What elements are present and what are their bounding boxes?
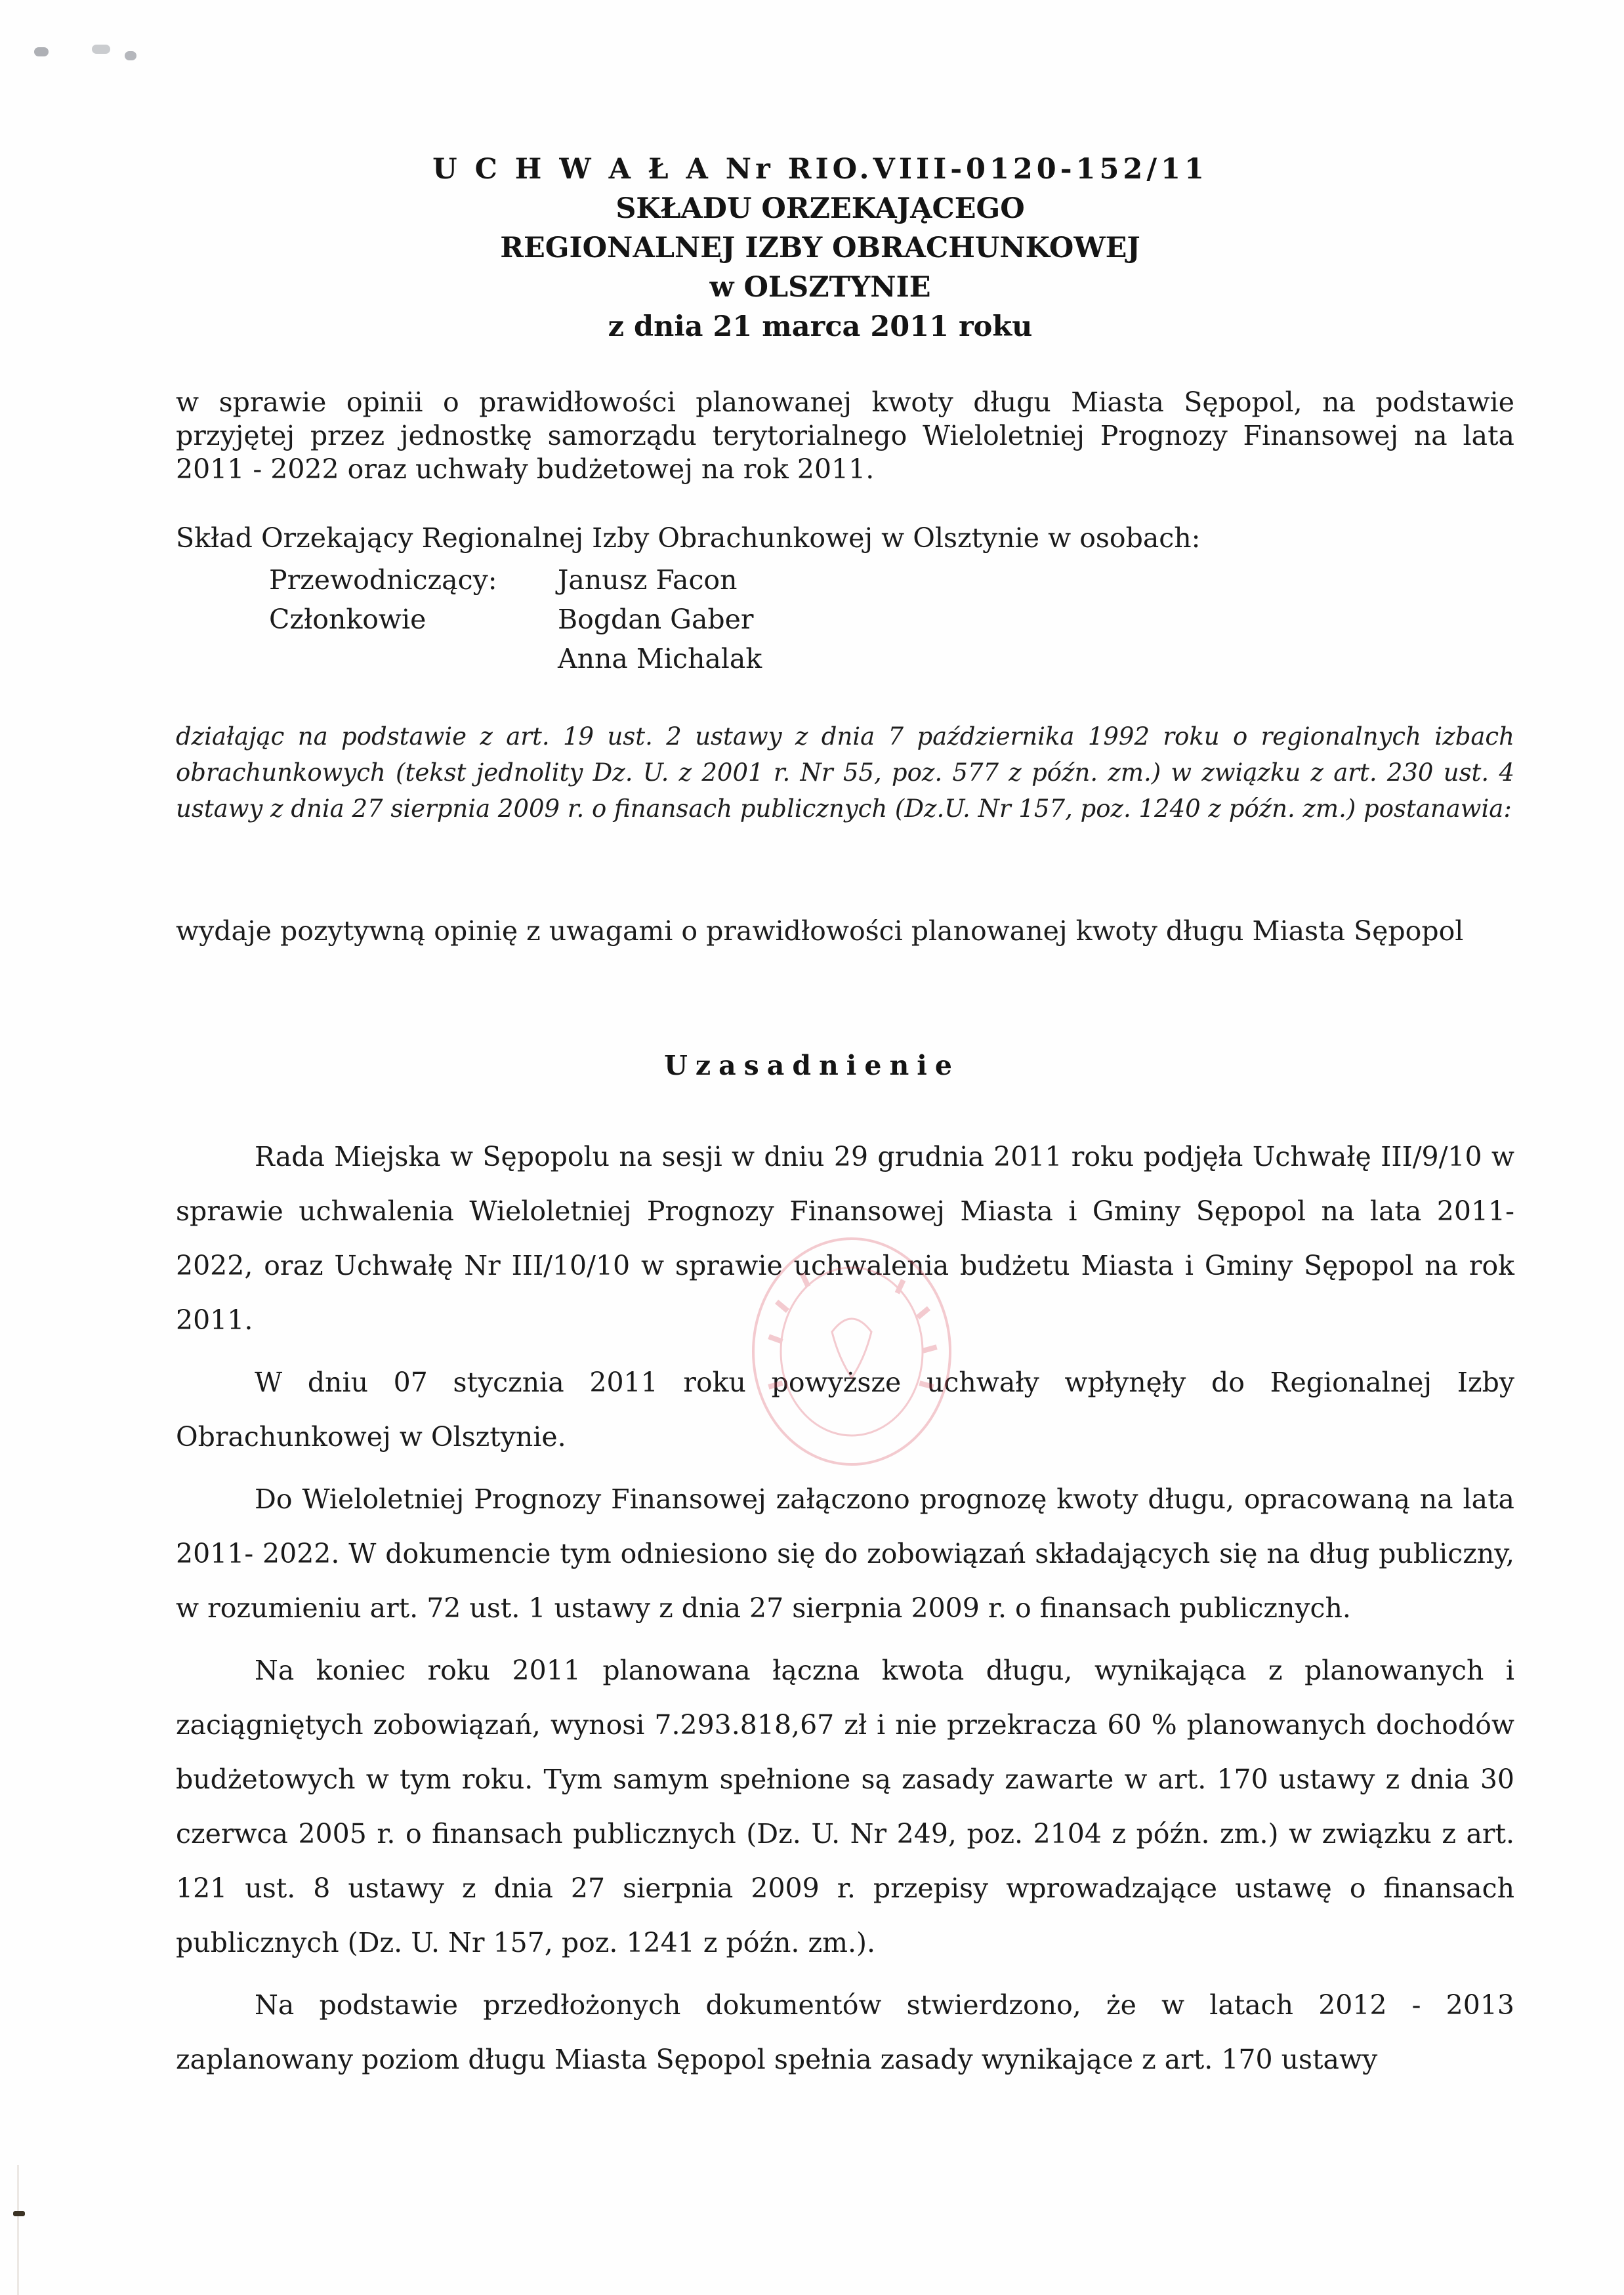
panel-member: Członkowie Bogdan Gaber	[269, 600, 762, 639]
member-role: Członkowie	[269, 600, 558, 639]
member-name: Janusz Facon	[558, 560, 738, 600]
heading-line-2: SKŁADU ORZEKAJĄCEGO	[394, 189, 1247, 228]
scan-artifact	[13, 2211, 25, 2216]
resolution-subject: w sprawie opinii o prawidłowości planowa…	[176, 386, 1514, 486]
member-role	[269, 639, 558, 678]
decision-text: wydaje pozytywną opinię z uwagami o praw…	[176, 909, 1514, 953]
justification-paragraph: Na koniec roku 2011 planowana łączna kwo…	[176, 1644, 1514, 1970]
scan-artifact	[125, 51, 136, 60]
document-heading: U C H W A Ł A Nr RIO.VIII-0120-152/11 SK…	[394, 150, 1247, 346]
scan-artifact	[92, 45, 110, 54]
member-name: Bogdan Gaber	[558, 600, 754, 639]
heading-line-3: REGIONALNEJ IZBY OBRACHUNKOWEJ	[394, 228, 1247, 268]
scan-artifact	[34, 47, 49, 56]
panel-members: Przewodniczący: Janusz Facon Członkowie …	[269, 560, 762, 678]
justification-title: Uzasadnienie	[0, 1050, 1624, 1081]
resolution-date: z dnia 21 marca 2011 roku	[394, 307, 1247, 346]
heading-line-4: w OLSZTYNIE	[394, 268, 1247, 307]
legal-basis: działając na podstawie z art. 19 ust. 2 …	[176, 718, 1514, 827]
justification-paragraph: Na podstawie przedłożonych dokumentów st…	[176, 1978, 1514, 2087]
document-page: U C H W A Ł A Nr RIO.VIII-0120-152/11 SK…	[0, 0, 1624, 2295]
official-seal-stamp-icon	[734, 1233, 970, 1470]
scan-edge	[17, 2165, 19, 2295]
panel-title: Skład Orzekający Regionalnej Izby Obrach…	[176, 522, 1514, 555]
panel-member: Przewodniczący: Janusz Facon	[269, 560, 762, 600]
member-role: Przewodniczący:	[269, 560, 558, 600]
resolution-number: U C H W A Ł A Nr RIO.VIII-0120-152/11	[394, 150, 1247, 189]
justification-paragraph: Do Wieloletniej Prognozy Finansowej załą…	[176, 1472, 1514, 1636]
panel-member: Anna Michalak	[269, 639, 762, 678]
member-name: Anna Michalak	[558, 639, 762, 678]
